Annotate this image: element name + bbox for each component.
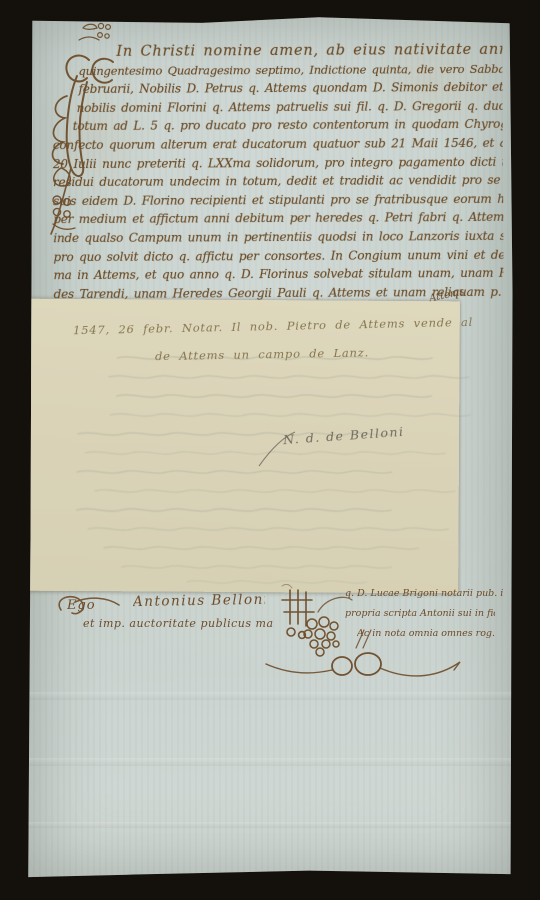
text-line: nobilis domini Florini q. Attems patruel…	[41, 97, 503, 118]
text-line: 20 Iulii nunc preteriti q. LXXma solidor…	[41, 152, 503, 173]
text-line: inde qualso Campum unum in pertinentiis …	[41, 227, 503, 248]
notary-name: Antonius Belloni	[133, 592, 265, 610]
notarial-sign	[260, 584, 470, 689]
text-line: quingentesimo Quadragesimo septimo, Indi…	[40, 59, 502, 80]
text-line: residui ducatorum undecim in totum, dedi…	[41, 171, 503, 192]
text-line: suis eidem D. Florino recipienti et stip…	[41, 190, 503, 211]
parchment-document: In Christi nomine amen, ab eius nativita…	[27, 16, 513, 878]
fold-mark	[27, 758, 513, 766]
text-line: confecto quorum alterum erat ducatorum q…	[41, 134, 503, 155]
photo-background: In Christi nomine amen, ab eius nativita…	[0, 0, 540, 900]
text-line: februarii, Nobilis D. Petrus q. Attems q…	[41, 78, 503, 99]
text-line: ma in Attems, et quo anno q. D. Florinus…	[41, 264, 503, 285]
fold-mark	[27, 822, 513, 828]
notary-left-line2: et imp. auctoritate publicus manu	[83, 617, 273, 630]
verso-show-through	[47, 352, 513, 587]
text-line: pro quo solvit dicto q. affictu per cons…	[41, 245, 503, 266]
text-line: totum ad L. 5 q. pro ducato pro resto co…	[41, 115, 503, 136]
fold-mark	[27, 692, 513, 700]
text-line: per medium et affictum anni debitum per …	[41, 208, 503, 229]
main-text-block: In Christi nomine amen, ab eius nativita…	[40, 41, 506, 304]
text-line: In Christi nomine amen, ab eius nativita…	[40, 41, 502, 62]
notary-ego: Ego	[67, 598, 96, 613]
